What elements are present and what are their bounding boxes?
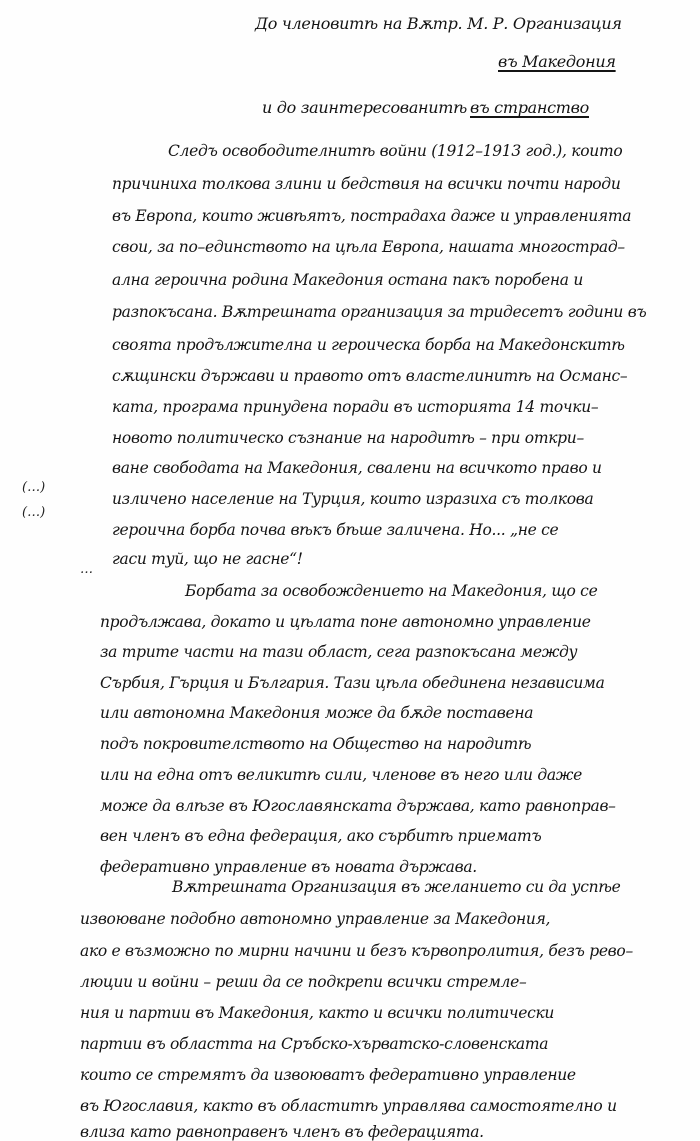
p1-line-5: ална героична родина Македония остана па… — [112, 271, 583, 289]
p1-line-12: изличено население на Турция, които изра… — [112, 490, 593, 508]
header-line-1: До членовитѣ на Вѫтр. М. Р. Организация — [255, 14, 622, 33]
p1-line-9: ката, програма принудена поради въ истор… — [112, 398, 598, 416]
p2-line-3: за трите части на тази област, сега разп… — [100, 643, 577, 661]
p1-line-13: героична борба почва вѣкъ бѣше заличена.… — [112, 521, 558, 539]
margin-note-1: (…) — [22, 480, 45, 495]
p2-line-4: Сърбия, Гърция и България. Тази цѣла обе… — [100, 674, 605, 692]
p3-line-8: въ Югославия, както въ областитѣ управля… — [80, 1097, 617, 1115]
p1-line-10: новото политическо съзнание на народитѣ … — [112, 429, 584, 447]
p1-line-14: гаси туй, що не гасне“! — [112, 550, 303, 568]
p2-line-5: или автономна Македония може да бѫде пос… — [100, 704, 533, 722]
p3-line-6: партии въ областта на Сръбско-хърватско-… — [80, 1035, 548, 1053]
p3-line-9: влиза като равноправенъ членъ въ федерац… — [80, 1123, 484, 1141]
p2-line-1: Борбата за освобождението на Македония, … — [185, 582, 597, 600]
p2-line-9: вен членъ въ една федерация, ако сърбитѣ… — [100, 827, 541, 845]
p3-line-7: които се стремятъ да извоюватъ федератив… — [80, 1066, 576, 1084]
header-line-3a: и до заинтересованитѣ — [262, 98, 467, 117]
p1-line-11: ване свободата на Македония, свалени на … — [112, 459, 602, 477]
p3-line-2: извоюване подобно автономно управление з… — [80, 910, 550, 928]
p1-line-2: причиниха толкова злини и бедствия на вс… — [112, 175, 621, 193]
p2-line-10: федеративно управление въ новата държава… — [100, 858, 477, 876]
p1-line-6: разпокъсана. Вѫтрешната организация за т… — [112, 303, 646, 321]
p3-line-4: люции и войни – реши да се подкрепи всич… — [80, 973, 526, 991]
header-line-2: въ Македония — [498, 52, 616, 71]
p3-line-3: ако е възможно по мирни начини и безъ къ… — [80, 942, 633, 960]
p2-line-7: или на една отъ великитѣ сили, членове в… — [100, 766, 582, 784]
margin-note-2: (…) — [22, 505, 45, 520]
p2-line-8: може да влѣзе въ Югославянската държава,… — [100, 797, 616, 815]
p2-line-2: продължава, докато и цѣлата поне автоном… — [100, 613, 591, 631]
margin-note-3: … — [80, 562, 93, 577]
p3-line-5: ния и партии въ Македония, както и всичк… — [80, 1004, 554, 1022]
p3-line-1: Вѫтрешната Организация въ желанието си д… — [172, 878, 621, 896]
p1-line-8: сѫщински държави и правото отъ властелин… — [112, 367, 627, 385]
p1-line-7: своята продължителна и героическа борба … — [112, 336, 625, 354]
p1-line-4: свои, за по–единството на цѣла Европа, н… — [112, 238, 625, 256]
p2-line-6: подъ покровителството на Общество на нар… — [100, 735, 531, 753]
header-line-3b: въ странство — [470, 98, 589, 117]
manuscript-page: До членовитѣ на Вѫтр. М. Р. Организация … — [0, 0, 700, 1141]
p1-line-1: Следъ освободителнитѣ войни (1912–1913 г… — [168, 142, 622, 160]
p1-line-3: въ Европа, които живѣятъ, пострадаха даж… — [112, 207, 631, 225]
